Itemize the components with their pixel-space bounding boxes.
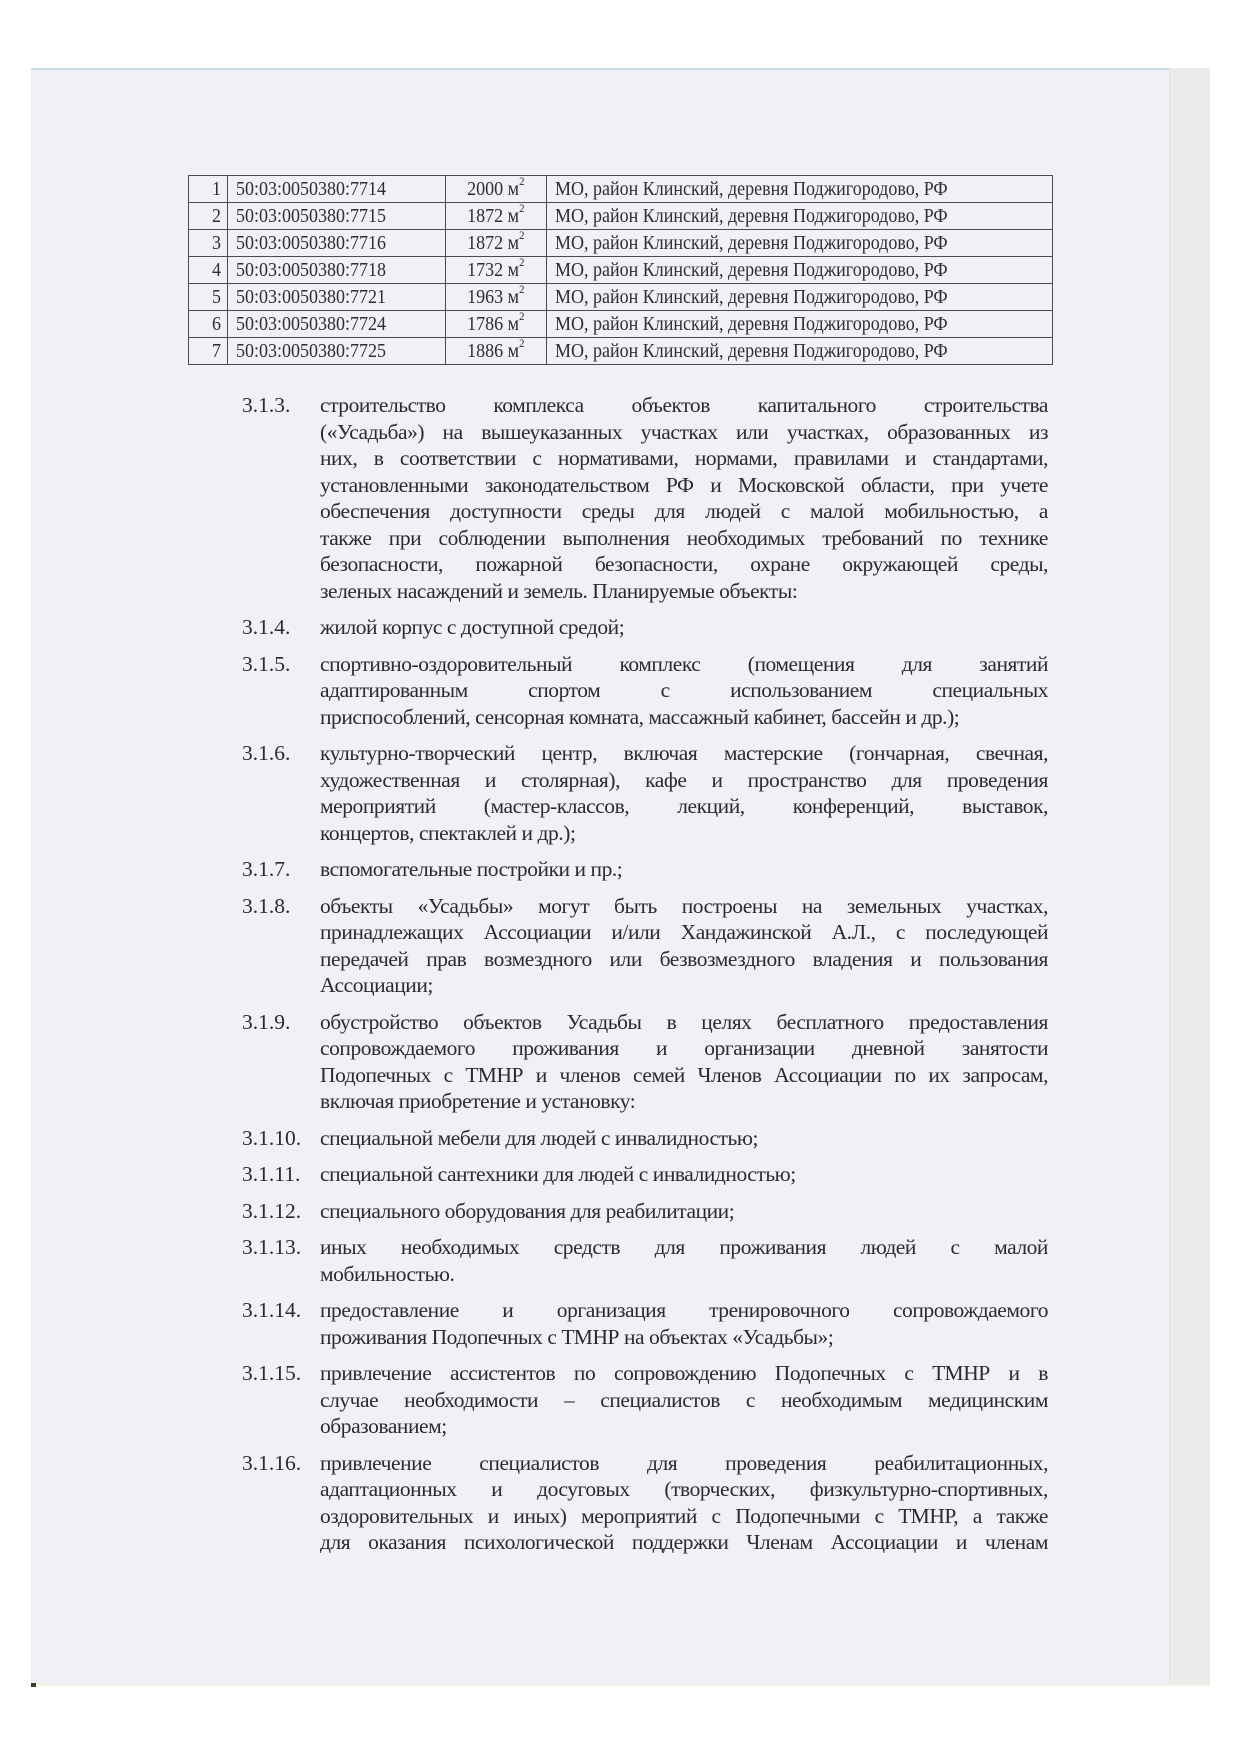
table-row: 150:03:0050380:77142000 м2МО, район Клин… xyxy=(189,176,1053,203)
table-row: 350:03:0050380:77161872 м2МО, район Клин… xyxy=(189,230,1053,257)
item-text: вспомогательные постройки и пр.; xyxy=(320,856,1048,883)
cadastral-number-cell: 50:03:0050380:7716 xyxy=(228,230,446,257)
cadastral-number-cell: 50:03:0050380:7718 xyxy=(228,257,446,284)
address-cell: МО, район Клинский, деревня Поджигородов… xyxy=(547,176,1053,203)
list-item: 3.1.7.вспомогательные постройки и пр.; xyxy=(242,856,1048,883)
item-number: 3.1.9. xyxy=(242,1009,290,1036)
area-cell: 1886 м2 xyxy=(446,338,547,365)
table-row: 550:03:0050380:77211963 м2МО, район Клин… xyxy=(189,284,1053,311)
list-item: 3.1.16.привлечение специалистов для пров… xyxy=(242,1450,1048,1556)
item-text: культурно-творческий центр, включая маст… xyxy=(320,740,1048,846)
table-row: 250:03:0050380:77151872 м2МО, район Клин… xyxy=(189,203,1053,230)
page-bottom-edge xyxy=(31,1684,1209,1686)
section-3-1-items: 3.1.3.строительство комплекса объектов к… xyxy=(242,392,1048,1566)
list-item: 3.1.9.обустройство объектов Усадьбы в це… xyxy=(242,1009,1048,1115)
cadastral-number-cell: 50:03:0050380:7721 xyxy=(228,284,446,311)
item-number: 3.1.3. xyxy=(242,392,290,419)
item-text: специального оборудования для реабилитац… xyxy=(320,1198,1048,1225)
list-item: 3.1.15.привлечение ассистентов по сопров… xyxy=(242,1360,1048,1440)
table-row: 650:03:0050380:77241786 м2МО, район Клин… xyxy=(189,311,1053,338)
cadastral-number-cell: 50:03:0050380:7714 xyxy=(228,176,446,203)
row-number-cell: 5 xyxy=(189,284,228,311)
address-cell: МО, район Клинский, деревня Поджигородов… xyxy=(547,284,1053,311)
list-item: 3.1.13.иных необходимых средств для прож… xyxy=(242,1234,1048,1287)
item-text: привлечение специалистов для проведения … xyxy=(320,1450,1048,1556)
item-text: привлечение ассистентов по сопровождению… xyxy=(320,1360,1048,1440)
item-number: 3.1.8. xyxy=(242,893,290,920)
item-text: специальной сантехники для людей с инвал… xyxy=(320,1161,1048,1188)
area-cell: 1872 м2 xyxy=(446,230,547,257)
address-cell: МО, район Клинский, деревня Поджигородов… xyxy=(547,257,1053,284)
area-cell: 2000 м2 xyxy=(446,176,547,203)
item-number: 3.1.4. xyxy=(242,614,290,641)
item-number: 3.1.12. xyxy=(242,1198,301,1225)
area-cell: 1963 м2 xyxy=(446,284,547,311)
item-number: 3.1.7. xyxy=(242,856,290,883)
item-text: специальной мебели для людей с инвалидно… xyxy=(320,1125,1048,1152)
area-cell: 1872 м2 xyxy=(446,203,547,230)
item-text: строительство комплекса объектов капитал… xyxy=(320,392,1048,604)
item-number: 3.1.6. xyxy=(242,740,290,767)
land-plots-table: 150:03:0050380:77142000 м2МО, район Клин… xyxy=(188,175,1053,365)
row-number-cell: 6 xyxy=(189,311,228,338)
item-number: 3.1.11. xyxy=(242,1161,300,1188)
item-number: 3.1.5. xyxy=(242,651,290,678)
page-top-edge xyxy=(31,68,1169,70)
item-number: 3.1.10. xyxy=(242,1125,301,1152)
row-number-cell: 2 xyxy=(189,203,228,230)
area-cell: 1786 м2 xyxy=(446,311,547,338)
cadastral-number-cell: 50:03:0050380:7724 xyxy=(228,311,446,338)
row-number-cell: 4 xyxy=(189,257,228,284)
address-cell: МО, район Клинский, деревня Поджигородов… xyxy=(547,230,1053,257)
land-plots-table-body: 150:03:0050380:77142000 м2МО, район Клин… xyxy=(189,176,1053,365)
list-item: 3.1.11.специальной сантехники для людей … xyxy=(242,1161,1048,1188)
item-text: объекты «Усадьбы» могут быть построены н… xyxy=(320,893,1048,999)
list-item: 3.1.5.спортивно-оздоровительный комплекс… xyxy=(242,651,1048,731)
row-number-cell: 7 xyxy=(189,338,228,365)
item-text: обустройство объектов Усадьбы в целях бе… xyxy=(320,1009,1048,1115)
list-item: 3.1.14.предоставление и организация трен… xyxy=(242,1297,1048,1350)
item-text: спортивно-оздоровительный комплекс (поме… xyxy=(320,651,1048,731)
list-item: 3.1.10.специальной мебели для людей с ин… xyxy=(242,1125,1048,1152)
item-text: жилой корпус с доступной средой; xyxy=(320,614,1048,641)
list-item: 3.1.3.строительство комплекса объектов к… xyxy=(242,392,1048,604)
item-number: 3.1.15. xyxy=(242,1360,301,1387)
page-edge-strip xyxy=(1169,68,1210,1685)
cadastral-number-cell: 50:03:0050380:7715 xyxy=(228,203,446,230)
list-item: 3.1.8.объекты «Усадьбы» могут быть постр… xyxy=(242,893,1048,999)
row-number-cell: 3 xyxy=(189,230,228,257)
address-cell: МО, район Клинский, деревня Поджигородов… xyxy=(547,311,1053,338)
item-text: предоставление и организация тренировочн… xyxy=(320,1297,1048,1350)
area-cell: 1732 м2 xyxy=(446,257,547,284)
cadastral-number-cell: 50:03:0050380:7725 xyxy=(228,338,446,365)
list-item: 3.1.12.специального оборудования для реа… xyxy=(242,1198,1048,1225)
item-number: 3.1.16. xyxy=(242,1450,301,1477)
list-item: 3.1.6.культурно-творческий центр, включа… xyxy=(242,740,1048,846)
list-item: 3.1.4.жилой корпус с доступной средой; xyxy=(242,614,1048,641)
item-number: 3.1.13. xyxy=(242,1234,301,1261)
scan-mark xyxy=(31,1683,36,1687)
item-text: иных необходимых средств для проживания … xyxy=(320,1234,1048,1287)
row-number-cell: 1 xyxy=(189,176,228,203)
address-cell: МО, район Клинский, деревня Поджигородов… xyxy=(547,338,1053,365)
table-row: 750:03:0050380:77251886 м2МО, район Клин… xyxy=(189,338,1053,365)
item-number: 3.1.14. xyxy=(242,1297,301,1324)
table-row: 450:03:0050380:77181732 м2МО, район Клин… xyxy=(189,257,1053,284)
address-cell: МО, район Клинский, деревня Поджигородов… xyxy=(547,203,1053,230)
